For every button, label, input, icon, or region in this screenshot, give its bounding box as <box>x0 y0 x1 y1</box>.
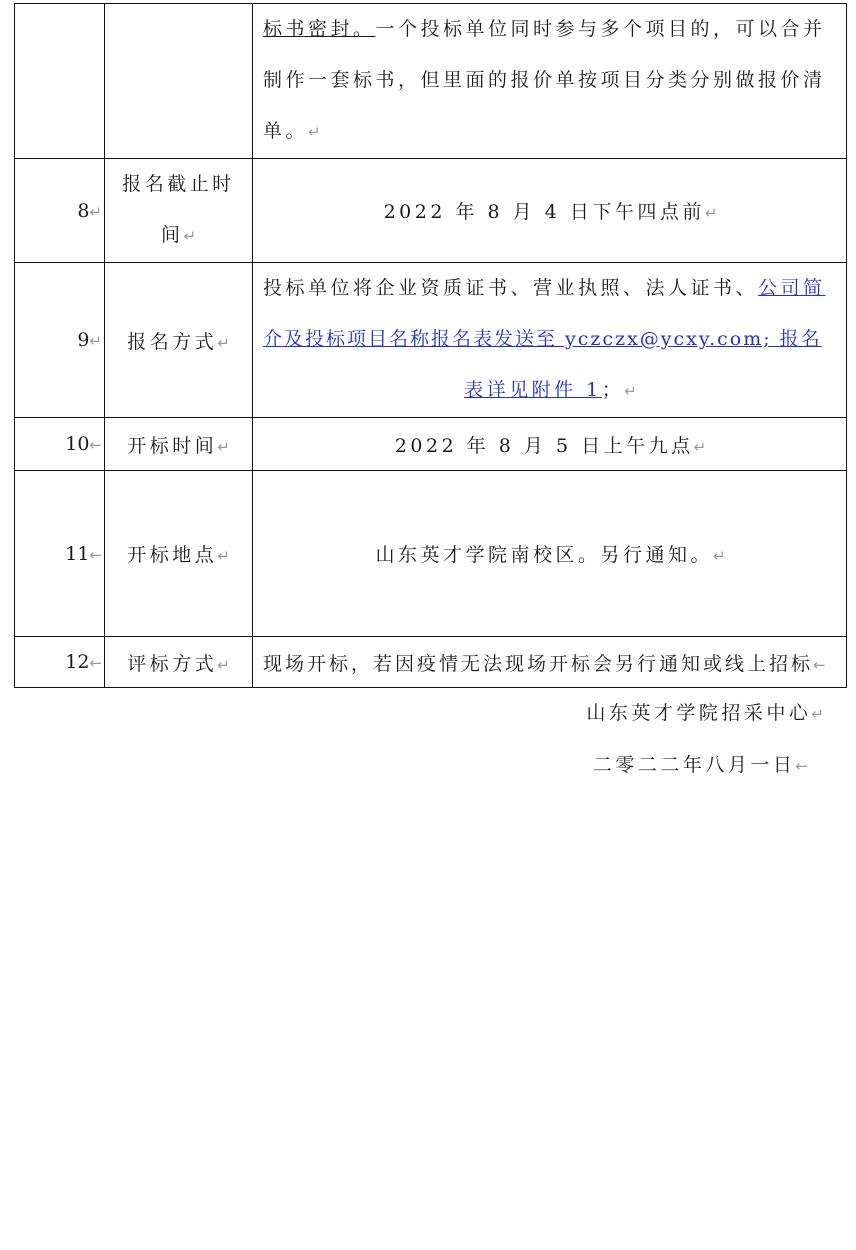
paragraph-mark-icon: ↵ <box>308 123 321 141</box>
paragraph-mark-icon: ↵ <box>183 227 196 245</box>
email-link[interactable]: 介及投标项目名称报名表发送至 yczczx@ycxy.com; 报名 <box>263 328 822 350</box>
row-number: 8↵ <box>15 159 105 263</box>
row-label: 报名方式↵ <box>105 263 253 418</box>
row-label: 开标地点↵ <box>105 471 253 637</box>
table-row: 11← 开标地点↵ 山东英才学院南校区。另行通知。↵ <box>15 471 847 637</box>
small-arrow-mark-icon: ← <box>795 757 808 775</box>
small-arrow-mark-icon: ← <box>813 656 826 674</box>
tender-info-table: 标书密封。一个投标单位同时参与多个项目的，可以合并 制作一套标书，但里面的报价单… <box>14 3 847 688</box>
paragraph-mark-icon: ↵ <box>713 547 726 565</box>
row-label <box>105 4 253 159</box>
paragraph-mark-icon: ↵ <box>89 203 102 221</box>
small-arrow-mark-icon: ← <box>89 546 102 564</box>
small-arrow-mark-icon: ← <box>89 654 102 672</box>
paragraph-mark-icon: ↵ <box>217 334 230 352</box>
table-row: 10← 开标时间↵ 2022 年 8 月 5 日上午九点↵ <box>15 418 847 471</box>
small-arrow-mark-icon: ← <box>89 436 102 454</box>
table-row: 12← 评标方式↵ 现场开标，若因疫情无法现场开标会另行通知或线上招标← <box>15 637 847 688</box>
attachment-link[interactable]: 表详见附件 1 <box>464 379 602 401</box>
row-content: 投标单位将企业资质证书、营业执照、法人证书、公司简 介及投标项目名称报名表发送至… <box>253 263 847 418</box>
paragraph-mark-icon: ↵ <box>217 656 230 674</box>
row-content: 现场开标，若因疫情无法现场开标会另行通知或线上招标← <box>253 637 847 688</box>
paragraph-mark-icon: ↵ <box>811 705 824 723</box>
row-content: 山东英才学院南校区。另行通知。↵ <box>253 471 847 637</box>
paragraph-mark-icon: ↵ <box>217 438 230 456</box>
table-row: 标书密封。一个投标单位同时参与多个项目的，可以合并 制作一套标书，但里面的报价单… <box>15 4 847 159</box>
row-label: 报名截止时 间↵ <box>105 159 253 263</box>
row-number: 9↵ <box>15 263 105 418</box>
paragraph-mark-icon: ↵ <box>89 332 102 350</box>
row-label: 评标方式↵ <box>105 637 253 688</box>
paragraph-mark-icon: ↵ <box>217 547 230 565</box>
issue-date: 二零二二年八月一日← <box>593 750 808 777</box>
row-number <box>15 4 105 159</box>
row-label: 开标时间↵ <box>105 418 253 471</box>
row-number: 10← <box>15 418 105 471</box>
paragraph-mark-icon: ↵ <box>694 438 707 456</box>
row-number: 12← <box>15 637 105 688</box>
table-row: 8↵ 报名截止时 间↵ 2022 年 8 月 4 日下午四点前↵ <box>15 159 847 263</box>
row-content: 2022 年 8 月 5 日上午九点↵ <box>253 418 847 471</box>
underlined-text: 标书密封。 <box>263 18 376 40</box>
paragraph-mark-icon: ↵ <box>624 382 637 400</box>
row-content: 2022 年 8 月 4 日下午四点前↵ <box>253 159 847 263</box>
paragraph-mark-icon: ↵ <box>705 204 718 222</box>
row-number: 11← <box>15 471 105 637</box>
row-content: 标书密封。一个投标单位同时参与多个项目的，可以合并 制作一套标书，但里面的报价单… <box>253 4 847 159</box>
company-profile-link[interactable]: 公司简 <box>758 277 826 299</box>
issuer-name: 山东英才学院招采中心↵ <box>586 698 824 725</box>
table-row: 9↵ 报名方式↵ 投标单位将企业资质证书、营业执照、法人证书、公司简 介及投标项… <box>15 263 847 418</box>
